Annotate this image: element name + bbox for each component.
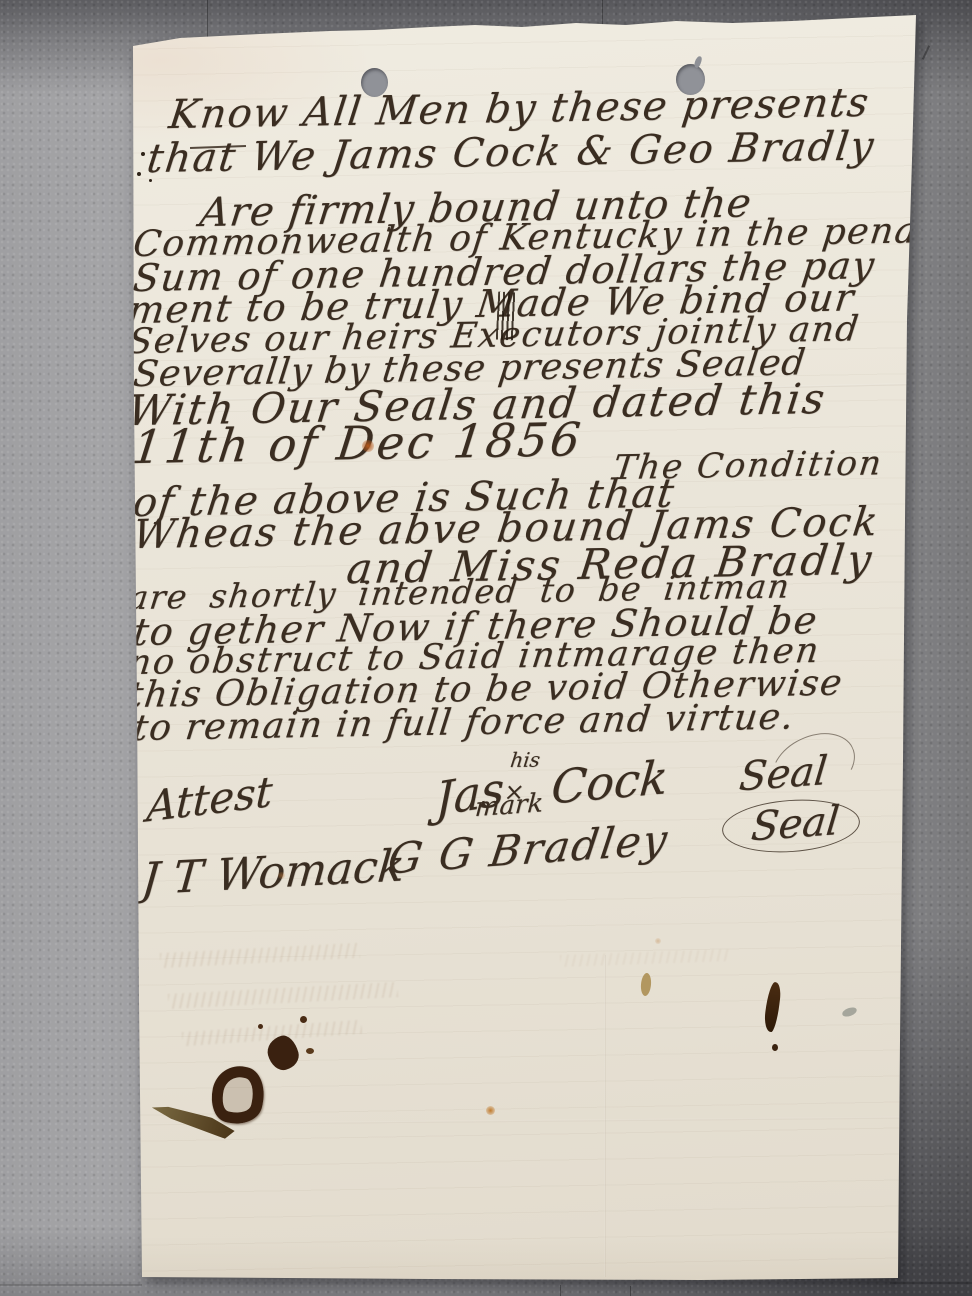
ink-spatter-2	[150, 163, 153, 166]
stain-rust-dot-date	[362, 440, 374, 452]
attest-signature: J T Womack	[140, 840, 407, 905]
paper-shadow-wrap: Know All Men by these presents that We J…	[0, 0, 972, 1296]
bleedthrough-row-1	[160, 943, 361, 968]
stain-streak-dot	[772, 1044, 778, 1051]
attest-label: Attest	[145, 767, 273, 832]
his-mark-his: his	[509, 747, 541, 772]
ink-smudge	[496, 292, 516, 341]
punch-hole-right-tear	[693, 55, 702, 68]
stain-ring-large	[207, 1061, 270, 1129]
stain-orange-dot	[486, 1106, 495, 1115]
stain-gray-dash	[841, 1006, 858, 1019]
fold-crease-vertical	[604, 955, 606, 1277]
ink-spatter-4	[149, 179, 152, 182]
seal-label-bottom: Seal	[749, 798, 841, 851]
stain-speck-2	[258, 1024, 263, 1029]
paper-sheet: Know All Men by these presents that We J…	[0, 0, 972, 1296]
handwriting-line-10: 11th of Dec 1856	[129, 412, 586, 474]
fox-spot-1	[278, 872, 285, 879]
his-mark-mark: mark	[474, 788, 544, 823]
photo-of-document: Know All Men by these presents that We J…	[0, 0, 972, 1296]
fox-spot-2	[655, 938, 661, 944]
bleedthrough-row-4	[560, 949, 730, 967]
stain-speck-1	[300, 1016, 307, 1023]
bleedthrough-row-2	[168, 982, 398, 1009]
stain-tan-dash	[640, 973, 652, 997]
surety-signature: G G Bradley	[385, 814, 672, 883]
ink-spatter-3	[137, 172, 141, 176]
ink-spatter-1	[141, 152, 145, 156]
groom-last-name: Cock	[549, 750, 670, 815]
stain-streak-right	[763, 981, 782, 1032]
stain-speck-3	[306, 1048, 314, 1054]
